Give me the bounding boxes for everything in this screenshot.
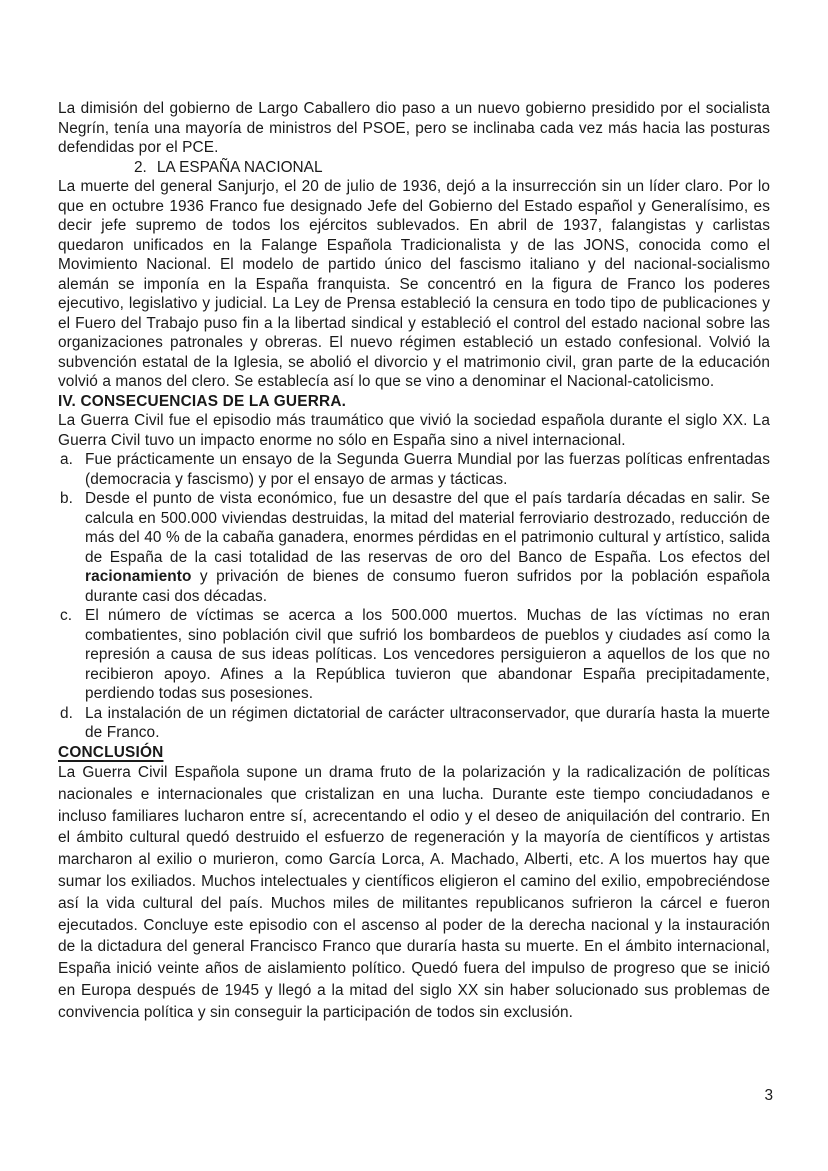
paragraph-negrin-government: La dimisión del gobierno de Largo Caball… [58,99,770,158]
heading-consecuencias-de-la-guerra: IV. CONSECUENCIAS DE LA GUERRA. [58,392,770,412]
document-page: La dimisión del gobierno de Largo Caball… [0,0,828,1171]
list-item-d-text: La instalación de un régimen dictatorial… [85,705,770,742]
list-marker-b: b. [60,489,73,509]
list-marker-c: c. [60,606,72,626]
list-item-b: b.Desde el punto de vista económico, fue… [58,489,770,606]
page-content: La dimisión del gobierno de Largo Caball… [58,99,770,1024]
bold-word-racionamiento: racionamiento [85,568,192,585]
list-item-c-text: El número de víctimas se acerca a los 50… [85,607,770,702]
list-item-a: a.Fue prácticamente un ensayo de la Segu… [58,450,770,489]
list-item-b-text: Desde el punto de vista económico, fue u… [85,490,770,605]
paragraph-conclusion: La Guerra Civil Española supone un drama… [58,762,770,1024]
list-item-d: d.La instalación de un régimen dictatori… [58,704,770,743]
list-item-c: c.El número de víctimas se acerca a los … [58,606,770,704]
list-item-b-text-before: Desde el punto de vista económico, fue u… [85,490,770,566]
heading-text: LA ESPAÑA NACIONAL [157,159,323,176]
list-item-a-text: Fue prácticamente un ensayo de la Segund… [85,451,770,488]
consequences-list: a.Fue prácticamente un ensayo de la Segu… [58,450,770,743]
heading-conclusion: CONCLUSIÓN [58,743,163,763]
heading-number: 2. [134,159,147,176]
list-marker-a: a. [60,450,73,470]
page-number: 3 [764,1086,773,1106]
paragraph-consecuencias-intro: La Guerra Civil fue el episodio más trau… [58,411,770,450]
list-marker-d: d. [60,704,73,724]
paragraph-espana-nacional: La muerte del general Sanjurjo, el 20 de… [58,177,770,392]
heading-la-espana-nacional: 2.LA ESPAÑA NACIONAL [134,158,770,178]
